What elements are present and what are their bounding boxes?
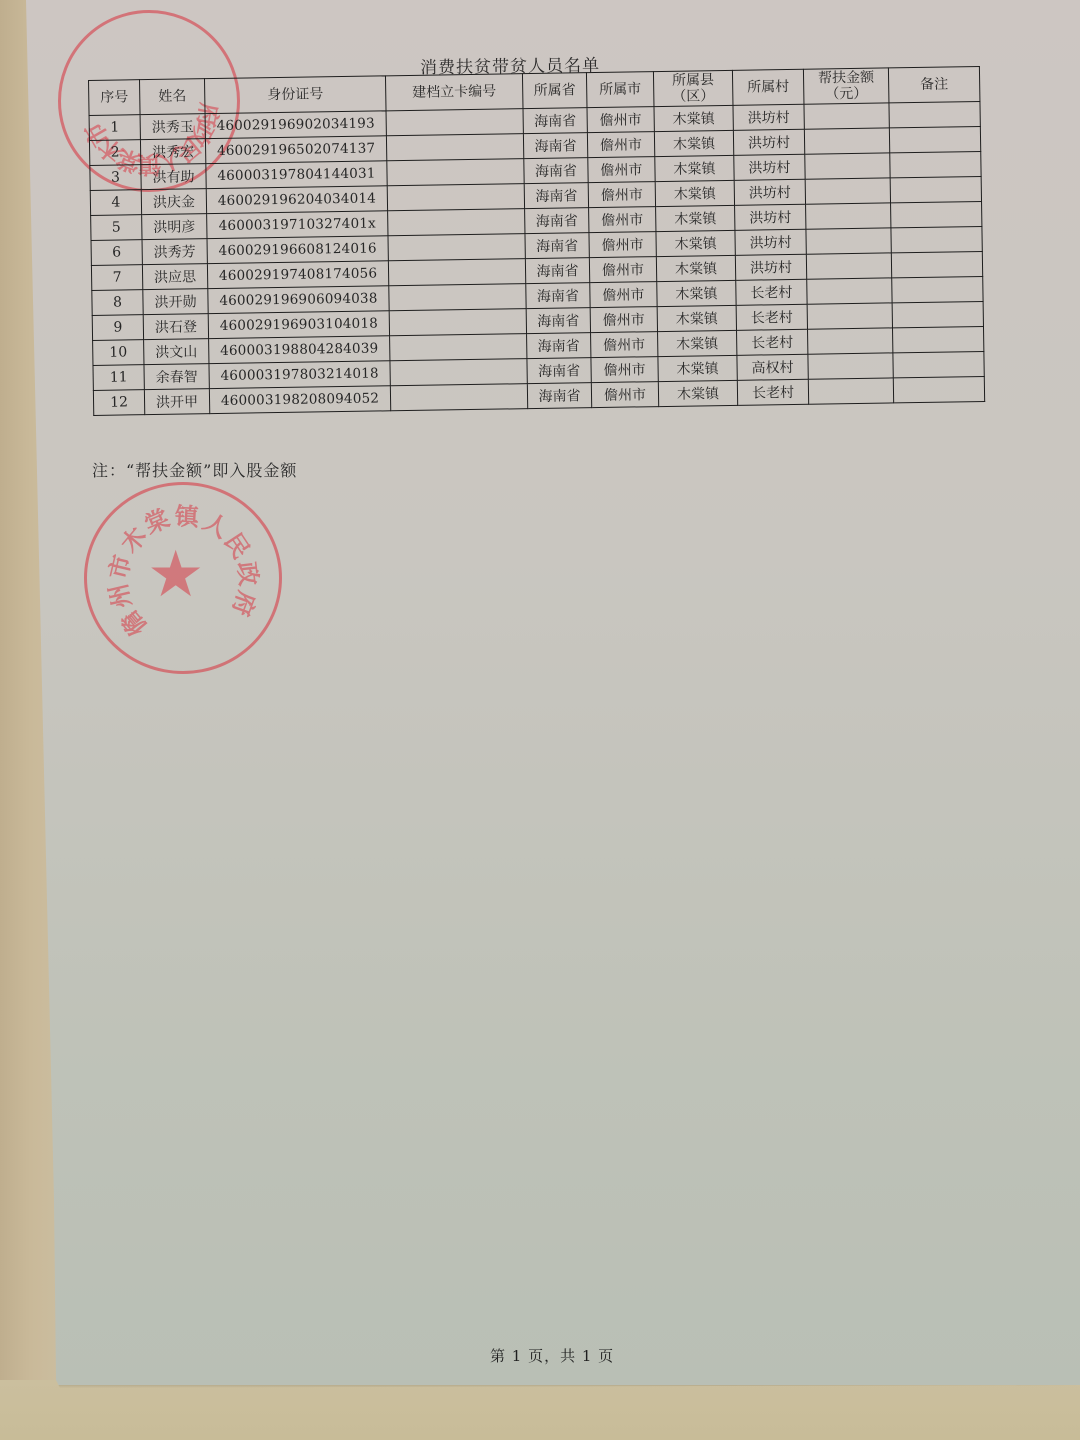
header-amount-line2: （元）: [804, 85, 888, 102]
cell-remark: [891, 226, 982, 252]
cell-id-number: 460029196906094038: [208, 286, 389, 314]
paper-sheet: 消费扶贫带贫人员名单 市木棠镇人民政府 序号 姓名 身份证号 建档立卡编号 所属…: [0, 0, 1080, 1385]
cell-id-number: 460003197804144031: [206, 161, 387, 189]
cell-city: 儋州市: [591, 332, 658, 358]
cell-card-number: [388, 234, 525, 261]
cell-card-number: [390, 359, 527, 386]
cell-seq: 12: [93, 390, 144, 416]
cell-seq: 4: [90, 190, 141, 216]
cell-card-number: [386, 134, 523, 161]
header-county: 所属县 （区）: [653, 70, 733, 106]
cell-village: 长老村: [736, 279, 807, 305]
page-number-footer: 第 1 页，共 1 页: [490, 1345, 614, 1366]
cell-province: 海南省: [525, 208, 589, 234]
cell-county: 木棠镇: [657, 305, 736, 331]
cell-id-number: 460029196502074137: [205, 136, 386, 164]
header-village: 所属村: [732, 69, 804, 105]
cell-city: 儋州市: [587, 107, 654, 133]
seal-character: 政: [231, 559, 269, 589]
cell-village: 洪坊村: [734, 179, 805, 205]
header-amount-line1: 帮扶金额: [804, 69, 888, 86]
roster-table-wrapper: 序号 姓名 身份证号 建档立卡编号 所属省 所属市 所属县 （区） 所属村 帮扶…: [88, 66, 985, 416]
cell-county: 木棠镇: [656, 205, 735, 231]
desk-surface: [0, 1380, 1080, 1440]
cell-county: 木棠镇: [655, 180, 734, 206]
poverty-roster-table: 序号 姓名 身份证号 建档立卡编号 所属省 所属市 所属县 （区） 所属村 帮扶…: [88, 66, 985, 416]
cell-card-number: [389, 309, 526, 336]
cell-village: 洪坊村: [733, 104, 804, 130]
cell-card-number: [388, 259, 525, 286]
cell-name: 洪应思: [142, 264, 207, 290]
seal-character: 镇: [173, 496, 201, 532]
cell-name: 洪秀宏: [140, 139, 205, 165]
cell-seq: 1: [89, 115, 140, 141]
table-body: 1洪秀玉460029196902034193海南省儋州市木棠镇洪坊村2洪秀宏46…: [89, 101, 985, 415]
cell-remark: [890, 176, 981, 202]
cell-province: 海南省: [526, 308, 590, 334]
cell-province: 海南省: [524, 158, 588, 184]
header-card-number: 建档立卡编号: [385, 74, 523, 111]
cell-amount: [805, 153, 890, 179]
cell-amount: [807, 278, 892, 304]
cell-remark: [891, 251, 982, 277]
header-seq: 序号: [89, 80, 141, 116]
cell-village: 高权村: [737, 354, 808, 380]
cell-city: 儋州市: [588, 182, 655, 208]
cell-village: 长老村: [737, 379, 808, 405]
header-city: 所属市: [586, 72, 654, 108]
header-province: 所属省: [522, 73, 587, 109]
cell-card-number: [390, 384, 527, 411]
cell-id-number: 460029196903104018: [208, 311, 389, 339]
cell-province: 海南省: [526, 283, 590, 309]
cell-county: 木棠镇: [654, 130, 733, 156]
cell-amount: [804, 128, 889, 154]
cell-name: 余春智: [144, 364, 209, 390]
cell-county: 木棠镇: [656, 255, 735, 281]
cell-name: 洪有助: [141, 164, 206, 190]
cell-remark: [892, 276, 983, 302]
cell-amount: [805, 178, 890, 204]
cell-city: 儋州市: [589, 257, 656, 283]
cell-name: 洪庆金: [141, 189, 206, 215]
cell-seq: 11: [93, 365, 144, 391]
cell-id-number: 460029196608124016: [207, 236, 388, 264]
footnote: 注：“帮扶金额”即入股金额: [92, 458, 297, 481]
cell-province: 海南省: [527, 333, 591, 359]
cell-village: 洪坊村: [735, 204, 806, 230]
cell-village: 洪坊村: [734, 154, 805, 180]
header-county-line2: （区）: [654, 88, 732, 105]
cell-county: 木棠镇: [654, 105, 733, 131]
cell-province: 海南省: [525, 233, 589, 259]
cell-card-number: [387, 159, 524, 186]
cell-remark: [889, 101, 980, 127]
header-remark: 备注: [888, 66, 980, 102]
cell-id-number: 460003197803214018: [209, 361, 390, 389]
cell-village: 洪坊村: [733, 129, 804, 155]
cell-card-number: [388, 209, 525, 236]
header-county-line1: 所属县: [654, 72, 732, 89]
cell-city: 儋州市: [591, 382, 658, 408]
cell-remark: [890, 151, 981, 177]
cell-name: 洪秀芳: [142, 239, 207, 265]
cell-amount: [806, 203, 891, 229]
cell-amount: [808, 353, 893, 379]
seal-character: 府: [225, 586, 267, 622]
star-emblem-icon: ★: [147, 543, 204, 607]
cell-amount: [807, 303, 892, 329]
cell-city: 儋州市: [589, 207, 656, 233]
cell-amount: [806, 228, 891, 254]
cell-city: 儋州市: [590, 307, 657, 333]
cell-county: 木棠镇: [658, 330, 737, 356]
cell-village: 长老村: [737, 329, 808, 355]
cell-seq: 10: [93, 340, 144, 366]
cell-city: 儋州市: [587, 132, 654, 158]
cell-county: 木棠镇: [658, 355, 737, 381]
cell-remark: [892, 326, 983, 352]
cell-name: 洪开勋: [143, 289, 208, 315]
cell-card-number: [387, 184, 524, 211]
cell-province: 海南省: [523, 133, 587, 159]
header-amount: 帮扶金额 （元）: [803, 68, 889, 104]
cell-village: 长老村: [736, 304, 807, 330]
cell-remark: [893, 351, 984, 377]
official-seal-bottom: ★ 儋州市木棠镇人民政府: [84, 482, 282, 674]
cell-id-number: 460029196902034193: [205, 111, 386, 139]
cell-remark: [893, 376, 984, 402]
cell-remark: [892, 301, 983, 327]
cell-name: 洪明彦: [142, 214, 207, 240]
cell-seq: 2: [89, 140, 140, 166]
cell-id-number: 460003198208094052: [209, 386, 390, 414]
cell-county: 木棠镇: [655, 155, 734, 181]
cell-seq: 3: [90, 165, 141, 191]
cell-county: 木棠镇: [657, 280, 736, 306]
cell-seq: 8: [92, 290, 143, 316]
cell-county: 木棠镇: [656, 230, 735, 256]
cell-amount: [806, 253, 891, 279]
cell-card-number: [386, 109, 523, 136]
cell-remark: [891, 201, 982, 227]
cell-province: 海南省: [524, 183, 588, 209]
cell-card-number: [389, 284, 526, 311]
cell-county: 木棠镇: [658, 380, 737, 406]
cell-name: 洪文山: [144, 339, 209, 365]
cell-village: 洪坊村: [735, 229, 806, 255]
cell-city: 儋州市: [590, 282, 657, 308]
cell-id-number: 460029196204034014: [206, 186, 387, 214]
cell-city: 儋州市: [589, 232, 656, 258]
header-id-number: 身份证号: [204, 76, 386, 114]
cell-city: 儋州市: [588, 157, 655, 183]
cell-province: 海南省: [527, 358, 591, 384]
cell-id-number: 46000319710327401x: [207, 211, 388, 239]
cell-amount: [808, 378, 893, 404]
cell-seq: 7: [91, 265, 142, 291]
cell-remark: [889, 126, 980, 152]
cell-province: 海南省: [523, 108, 587, 134]
cell-name: 洪秀玉: [140, 114, 205, 140]
cell-seq: 5: [91, 215, 142, 241]
cell-province: 海南省: [527, 383, 591, 409]
cell-id-number: 460029197408174056: [207, 261, 388, 289]
cell-province: 海南省: [525, 258, 589, 284]
cell-amount: [808, 328, 893, 354]
cell-seq: 9: [92, 315, 143, 341]
cell-name: 洪石登: [143, 314, 208, 340]
cell-id-number: 460003198804284039: [209, 336, 390, 364]
cell-city: 儋州市: [591, 357, 658, 383]
cell-amount: [804, 103, 889, 129]
header-name: 姓名: [140, 79, 206, 115]
cell-name: 洪开甲: [144, 389, 209, 415]
cell-seq: 6: [91, 240, 142, 266]
cell-card-number: [390, 334, 527, 361]
cell-village: 洪坊村: [735, 254, 806, 280]
